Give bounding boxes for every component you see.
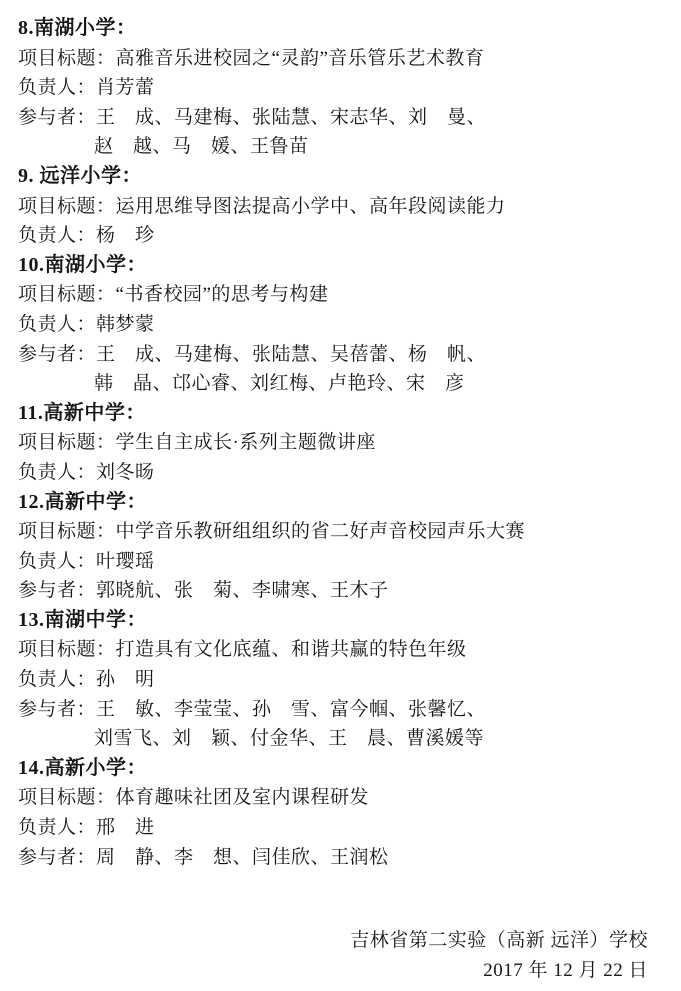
project-title-text: 高雅音乐进校园之“灵韵”音乐管乐艺术教育 <box>116 48 485 69</box>
leader-label: 负责人： <box>18 225 96 246</box>
entry-heading: 10.南湖小学： <box>18 251 648 281</box>
project-entry: 11.高新中学： 项目标题：学生自主成长·系列主题微讲座 负责人：刘冬旸 <box>18 399 648 488</box>
signature-block: 吉林省第二实验（高新 远洋）学校 2017 年 12 月 22 日 <box>18 926 648 985</box>
project-title-line: 项目标题：体育趣味社团及室内课程研发 <box>18 783 648 813</box>
entry-heading: 13.南湖中学： <box>18 606 648 636</box>
participants-label: 参与者： <box>18 107 96 128</box>
participants-names: 赵 越、马 媛、王鲁苗 <box>94 136 309 157</box>
project-entry: 13.南湖中学： 项目标题：打造具有文化底蕴、和谐共赢的特色年级 负责人：孙 明… <box>18 606 648 754</box>
leader-name: 杨 珍 <box>96 225 155 246</box>
leader-name: 肖芳蕾 <box>96 77 155 98</box>
project-title-text: 中学音乐教研组组织的省二好声音校园声乐大赛 <box>116 521 526 542</box>
signature-date: 2017 年 12 月 22 日 <box>18 956 648 986</box>
project-title-text: 运用思维导图法提高小学中、高年段阅读能力 <box>116 196 506 217</box>
participants-names: 郭晓航、张 菊、李啸寒、王木子 <box>96 580 389 601</box>
project-title-label: 项目标题： <box>18 196 116 217</box>
entry-heading: 14.高新小学： <box>18 754 648 784</box>
participants-label: 参与者： <box>18 580 96 601</box>
project-title-label: 项目标题： <box>18 787 116 808</box>
leader-line: 负责人：杨 珍 <box>18 221 648 251</box>
project-entry: 12.高新中学： 项目标题：中学音乐教研组组织的省二好声音校园声乐大赛 负责人：… <box>18 488 648 606</box>
project-title-line: 项目标题：“书香校园”的思考与构建 <box>18 280 648 310</box>
leader-line: 负责人：韩梦蒙 <box>18 310 648 340</box>
participants-continuation-line: 韩 晶、邙心睿、刘红梅、卢艳玲、宋 彦 <box>18 369 648 399</box>
leader-name: 邢 进 <box>96 817 155 838</box>
entry-heading: 12.高新中学： <box>18 488 648 518</box>
participants-label: 参与者： <box>18 344 96 365</box>
leader-label: 负责人： <box>18 314 96 335</box>
participants-line: 参与者：周 静、李 想、闫佳欣、王润松 <box>18 843 648 873</box>
project-title-text: 学生自主成长·系列主题微讲座 <box>116 432 376 453</box>
entries: 8.南湖小学： 项目标题：高雅音乐进校园之“灵韵”音乐管乐艺术教育 负责人：肖芳… <box>18 14 648 872</box>
participants-names: 韩 晶、邙心睿、刘红梅、卢艳玲、宋 彦 <box>94 373 465 394</box>
participants-names: 王 成、马建梅、张陆慧、宋志华、刘 曼、 <box>96 107 486 128</box>
leader-line: 负责人：孙 明 <box>18 665 648 695</box>
project-title-line: 项目标题：学生自主成长·系列主题微讲座 <box>18 428 648 458</box>
document-page: 8.南湖小学： 项目标题：高雅音乐进校园之“灵韵”音乐管乐艺术教育 负责人：肖芳… <box>0 0 681 985</box>
leader-label: 负责人： <box>18 462 96 483</box>
project-title-label: 项目标题： <box>18 432 116 453</box>
participants-line: 参与者：王 敏、李莹莹、孙 雪、富今帼、张馨忆、 <box>18 695 648 725</box>
participants-names: 王 敏、李莹莹、孙 雪、富今帼、张馨忆、 <box>96 699 486 720</box>
project-title-line: 项目标题：打造具有文化底蕴、和谐共赢的特色年级 <box>18 635 648 665</box>
leader-label: 负责人： <box>18 669 96 690</box>
leader-label: 负责人： <box>18 817 96 838</box>
signature-school: 吉林省第二实验（高新 远洋）学校 <box>18 926 648 956</box>
leader-line: 负责人：刘冬旸 <box>18 458 648 488</box>
leader-name: 刘冬旸 <box>96 462 155 483</box>
project-title-label: 项目标题： <box>18 284 116 305</box>
leader-line: 负责人：叶璎瑶 <box>18 547 648 577</box>
project-title-label: 项目标题： <box>18 639 116 660</box>
participants-line: 参与者：郭晓航、张 菊、李啸寒、王木子 <box>18 576 648 606</box>
entry-heading: 11.高新中学： <box>18 399 648 429</box>
participants-line: 参与者：王 成、马建梅、张陆慧、宋志华、刘 曼、 <box>18 103 648 133</box>
project-title-line: 项目标题：高雅音乐进校园之“灵韵”音乐管乐艺术教育 <box>18 44 648 74</box>
leader-line: 负责人：肖芳蕾 <box>18 73 648 103</box>
project-entry: 9. 远洋小学： 项目标题：运用思维导图法提高小学中、高年段阅读能力 负责人：杨… <box>18 162 648 251</box>
project-title-text: 体育趣味社团及室内课程研发 <box>116 787 370 808</box>
participants-label: 参与者： <box>18 847 96 868</box>
leader-label: 负责人： <box>18 77 96 98</box>
leader-name: 韩梦蒙 <box>96 314 155 335</box>
project-title-label: 项目标题： <box>18 521 116 542</box>
participants-names: 周 静、李 想、闫佳欣、王润松 <box>96 847 389 868</box>
participants-label: 参与者： <box>18 699 96 720</box>
project-entry: 8.南湖小学： 项目标题：高雅音乐进校园之“灵韵”音乐管乐艺术教育 负责人：肖芳… <box>18 14 648 162</box>
project-title-line: 项目标题：中学音乐教研组组织的省二好声音校园声乐大赛 <box>18 517 648 547</box>
participants-line: 参与者：王 成、马建梅、张陆慧、吴蓓蕾、杨 帆、 <box>18 340 648 370</box>
entry-heading: 9. 远洋小学： <box>18 162 648 192</box>
project-title-text: “书香校园”的思考与构建 <box>116 284 329 305</box>
participants-continuation-line: 刘雪飞、刘 颖、付金华、王 晨、曹溪媛等 <box>18 724 648 754</box>
entry-heading: 8.南湖小学： <box>18 14 648 44</box>
participants-names: 王 成、马建梅、张陆慧、吴蓓蕾、杨 帆、 <box>96 344 486 365</box>
leader-label: 负责人： <box>18 551 96 572</box>
leader-name: 叶璎瑶 <box>96 551 155 572</box>
project-title-line: 项目标题：运用思维导图法提高小学中、高年段阅读能力 <box>18 192 648 222</box>
project-entry: 10.南湖小学： 项目标题：“书香校园”的思考与构建 负责人：韩梦蒙 参与者：王… <box>18 251 648 399</box>
participants-names: 刘雪飞、刘 颖、付金华、王 晨、曹溪媛等 <box>94 728 484 749</box>
project-title-text: 打造具有文化底蕴、和谐共赢的特色年级 <box>116 639 467 660</box>
project-title-label: 项目标题： <box>18 48 116 69</box>
participants-continuation-line: 赵 越、马 媛、王鲁苗 <box>18 132 648 162</box>
project-entry: 14.高新小学： 项目标题：体育趣味社团及室内课程研发 负责人：邢 进 参与者：… <box>18 754 648 872</box>
leader-line: 负责人：邢 进 <box>18 813 648 843</box>
leader-name: 孙 明 <box>96 669 155 690</box>
